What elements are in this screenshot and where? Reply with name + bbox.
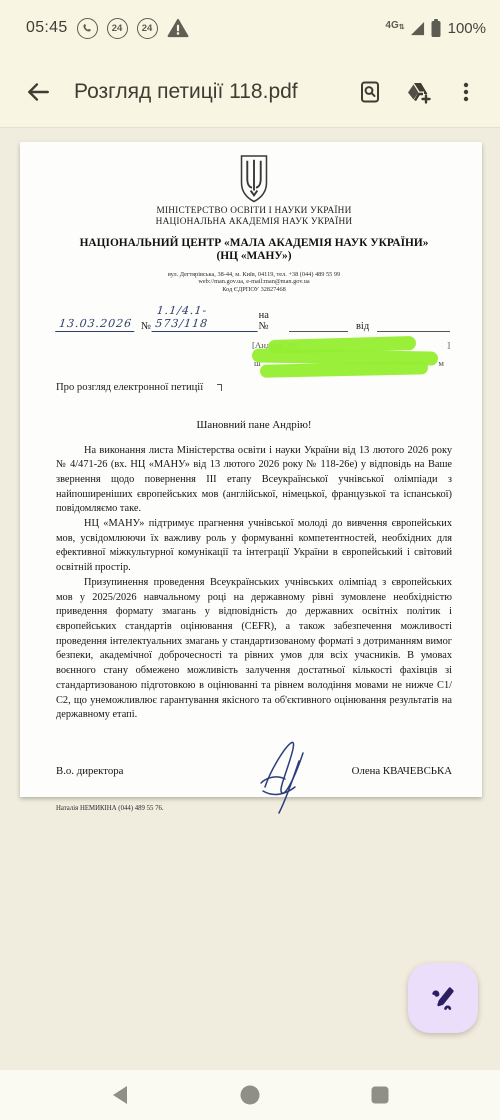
- network-type-icon: 4G⇅: [385, 20, 403, 31]
- body-paragraph-1: На виконання листа Міністерства освіти і…: [56, 444, 452, 518]
- body-paragraph-3: Призупинення проведення Всеукраїнських у…: [56, 576, 452, 723]
- signal-strength-icon: [409, 21, 426, 36]
- annotate-fab-button[interactable]: [408, 963, 478, 1033]
- ref-vid-label: від: [356, 321, 369, 332]
- back-arrow-icon: [25, 79, 51, 105]
- recipient-close-bracket: ]: [447, 340, 450, 350]
- pdf-page[interactable]: МІНІСТЕРСТВО ОСВІТИ І НАУКИ УКРАЇНИ НАЦІ…: [20, 142, 482, 797]
- handwritten-signature: [251, 739, 321, 817]
- annotate-pen-icon: [428, 983, 458, 1013]
- back-button[interactable]: [16, 70, 60, 114]
- org-address: вул. Дегтярівська, 38-44, м. Київ, 04119…: [56, 271, 452, 279]
- ref-date-blank: [377, 321, 450, 332]
- nav-home-button[interactable]: [226, 1071, 274, 1119]
- ministry-line-1: МІНІСТЕРСТВО ОСВІТИ І НАУКИ УКРАЇНИ: [56, 206, 452, 217]
- recents-square-icon: [371, 1086, 389, 1104]
- android-navigation-bar: [0, 1070, 500, 1120]
- badge-count: 24: [112, 23, 123, 34]
- document-title: Розгляд петиції 118.pdf: [74, 80, 298, 104]
- ministry-line-2: НАЦІОНАЛЬНА АКАДЕМІЯ НАУК УКРАЇНИ: [56, 217, 452, 228]
- battery-percent: 100%: [448, 20, 486, 37]
- ref-number-blank: [289, 321, 348, 332]
- overflow-menu-button[interactable]: [442, 68, 490, 116]
- recipient-fragment-3: м: [438, 358, 444, 368]
- salutation: Шановний пане Андрію!: [56, 419, 452, 431]
- handwritten-date: 13.03.2026: [55, 317, 136, 332]
- recipient-block-redacted: [Андрію МБ ] ш м: [252, 338, 450, 378]
- ukraine-trident-emblem-icon: [234, 155, 274, 203]
- body-paragraph-2: НЦ «МАНУ» підтримує прагнення учнівської…: [56, 517, 452, 576]
- org-title-line-2: (НЦ «МАНУ»): [56, 250, 452, 264]
- signer-name: Олена КВАЧЕВСЬКА: [352, 765, 452, 777]
- warning-icon: [167, 18, 189, 38]
- template-bracket-mark: [217, 384, 222, 391]
- find-in-document-icon: [358, 80, 382, 104]
- number-sign: №: [141, 321, 151, 332]
- letter-content: МІНІСТЕРСТВО ОСВІТИ І НАУКИ УКРАЇНИ НАЦІ…: [20, 142, 482, 812]
- org-web-email: web://man.gov.ua, e-mail:man@man.gov.ua: [56, 278, 452, 286]
- find-in-document-button[interactable]: [346, 68, 394, 116]
- org-title-line-1: НАЦІОНАЛЬНИЙ ЦЕНТР «МАЛА АКАДЕМІЯ НАУК У…: [56, 237, 452, 251]
- handwritten-ref-number: 1.1/4.1-573/118: [152, 304, 261, 332]
- overflow-menu-icon: [456, 81, 476, 103]
- home-circle-icon: [240, 1085, 260, 1105]
- battery-icon: [431, 19, 441, 37]
- badge-count-2: 24: [142, 23, 153, 34]
- add-to-drive-button[interactable]: [394, 68, 442, 116]
- ref-na-label: на №: [259, 310, 281, 332]
- nav-recents-button[interactable]: [356, 1071, 404, 1119]
- clock: 05:45: [26, 19, 68, 37]
- org-edrpou: Код ЄДРПОУ 32827468: [56, 286, 452, 294]
- nav-back-button[interactable]: [96, 1071, 144, 1119]
- notification-badge-icon: 24: [107, 18, 128, 39]
- app-toolbar: Розгляд петиції 118.pdf: [0, 56, 500, 128]
- back-triangle-icon: [111, 1085, 129, 1105]
- status-bar: 05:45 24 24 4G⇅ 100%: [0, 0, 500, 56]
- notification-badge-icon-2: 24: [137, 18, 158, 39]
- add-to-drive-icon: [405, 80, 431, 104]
- whatsapp-icon: [77, 18, 98, 39]
- signer-position: В.о. директора: [56, 765, 123, 777]
- green-highlighter-stroke: [260, 361, 428, 378]
- subject-line: Про розгляд електронної петиції: [56, 382, 203, 393]
